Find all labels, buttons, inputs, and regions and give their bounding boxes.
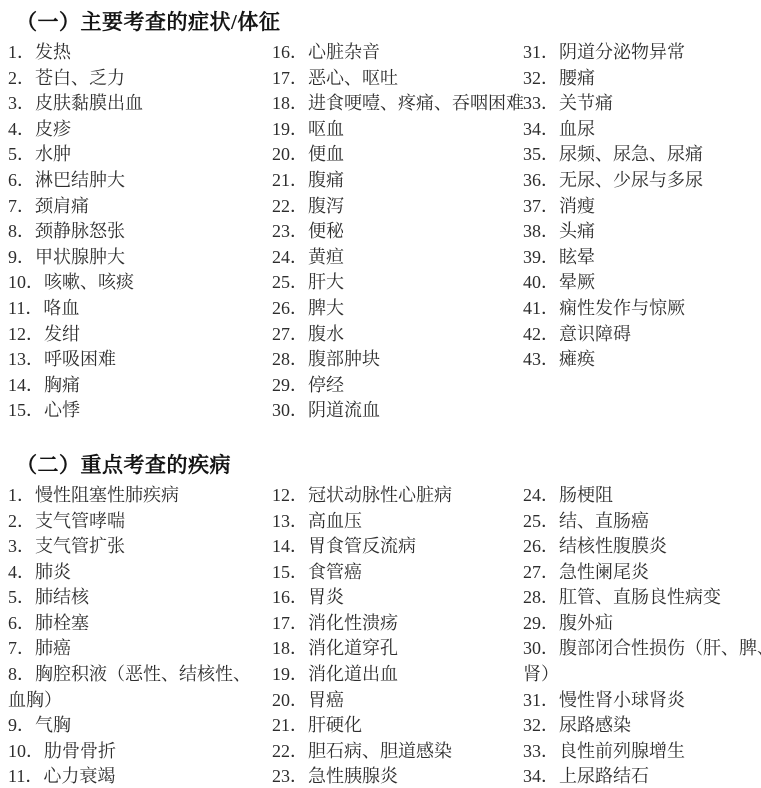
list-item: 28．肛管、直肠良性病变 xyxy=(523,585,761,611)
list-item: 19．呕血 xyxy=(272,117,523,143)
list-item: 32．腰痛 xyxy=(523,66,761,92)
list-item: 23．急性胰腺炎 xyxy=(272,764,523,788)
list-item: 9．气胸 xyxy=(8,713,272,739)
list-item: 18．消化道穿孔 xyxy=(272,636,523,662)
list-item: 31．慢性肾小球肾炎 xyxy=(523,688,761,714)
list-item: 36．无尿、少尿与多尿 xyxy=(523,168,761,194)
list-item: 14．胸痛 xyxy=(8,373,272,399)
list-item: 34．上尿路结石 xyxy=(523,764,761,788)
list-item: 41．痫性发作与惊厥 xyxy=(523,296,761,322)
list-item: 22．胆石病、胆道感染 xyxy=(272,739,523,765)
list-item: 6．肺栓塞 xyxy=(8,611,272,637)
list-item: 21．腹痛 xyxy=(272,168,523,194)
list-item: 27．腹水 xyxy=(272,322,523,348)
list-item: 14．胃食管反流病 xyxy=(272,534,523,560)
list-item: 24．黄疸 xyxy=(272,245,523,271)
list-item: 43．瘫痪 xyxy=(523,347,761,373)
list-item: 3．皮肤黏膜出血 xyxy=(8,91,272,117)
diseases-list-column-3: 24．肠梗阻25．结、直肠癌26．结核性腹膜炎27．急性阑尾炎28．肛管、直肠良… xyxy=(523,483,761,788)
list-item: 15．心悸 xyxy=(8,398,272,424)
list-item: 13．高血压 xyxy=(272,509,523,535)
list-item: 33．关节痛 xyxy=(523,91,761,117)
list-item: 5．水肿 xyxy=(8,142,272,168)
list-item: 13．呼吸困难 xyxy=(8,347,272,373)
diseases-columns: 1．慢性阻塞性肺疾病2．支气管哮喘3．支气管扩张4．肺炎5．肺结核6．肺栓塞7．… xyxy=(8,483,761,788)
list-item: 4．皮疹 xyxy=(8,117,272,143)
symptoms-columns: 1．发热2．苍白、乏力3．皮肤黏膜出血4．皮疹5．水肿6．淋巴结肿大7．颈肩痛8… xyxy=(8,40,761,424)
list-item: 9．甲状腺肿大 xyxy=(8,245,272,271)
list-item: 1．发热 xyxy=(8,40,272,66)
list-item: 3．支气管扩张 xyxy=(8,534,272,560)
list-item: 25．结、直肠癌 xyxy=(523,509,761,535)
list-item: 20．胃癌 xyxy=(272,688,523,714)
list-item: 24．肠梗阻 xyxy=(523,483,761,509)
list-item: 30．腹部闭合性损伤（肝、脾、 肾） xyxy=(523,636,761,687)
list-item: 4．肺炎 xyxy=(8,560,272,586)
list-item: 2．苍白、乏力 xyxy=(8,66,272,92)
list-item: 32．尿路感染 xyxy=(523,713,761,739)
section-symptoms: （一）主要考查的症状/体征 1．发热2．苍白、乏力3．皮肤黏膜出血4．皮疹5．水… xyxy=(8,8,761,424)
symptoms-list-column-3: 31．阴道分泌物异常32．腰痛33．关节痛34．血尿35．尿频、尿急、尿痛36．… xyxy=(523,40,761,373)
list-item: 20．便血 xyxy=(272,142,523,168)
list-item: 8．颈静脉怒张 xyxy=(8,219,272,245)
diseases-list-column-2: 12．冠状动脉性心脏病13．高血压14．胃食管反流病15．食管癌16．胃炎17．… xyxy=(272,483,523,788)
list-item: 7．颈肩痛 xyxy=(8,194,272,220)
list-item: 2．支气管哮喘 xyxy=(8,509,272,535)
diseases-list-column-1: 1．慢性阻塞性肺疾病2．支气管哮喘3．支气管扩张4．肺炎5．肺结核6．肺栓塞7．… xyxy=(8,483,272,788)
list-item: 19．消化道出血 xyxy=(272,662,523,688)
list-item: 33．良性前列腺增生 xyxy=(523,739,761,765)
section-diseases-title: （二）重点考查的疾病 xyxy=(16,451,761,479)
list-item: 23．便秘 xyxy=(272,219,523,245)
list-item: 22．腹泻 xyxy=(272,194,523,220)
list-item: 42．意识障碍 xyxy=(523,322,761,348)
list-item: 16．胃炎 xyxy=(272,585,523,611)
list-item: 29．停经 xyxy=(272,373,523,399)
list-item: 16．心脏杂音 xyxy=(272,40,523,66)
list-item: 7．肺癌 xyxy=(8,636,272,662)
list-item: 30．阴道流血 xyxy=(272,398,523,424)
list-item: 27．急性阑尾炎 xyxy=(523,560,761,586)
section-diseases: （二）重点考查的疾病 1．慢性阻塞性肺疾病2．支气管哮喘3．支气管扩张4．肺炎5… xyxy=(8,451,761,788)
list-item: 29．腹外疝 xyxy=(523,611,761,637)
list-item: 8．胸腔积液（恶性、结核性、 血胸） xyxy=(8,662,272,713)
list-item: 5．肺结核 xyxy=(8,585,272,611)
list-item: 1．慢性阻塞性肺疾病 xyxy=(8,483,272,509)
list-item: 38．头痛 xyxy=(523,219,761,245)
list-item: 17．恶心、呕吐 xyxy=(272,66,523,92)
list-item: 6．淋巴结肿大 xyxy=(8,168,272,194)
list-item: 12．冠状动脉性心脏病 xyxy=(272,483,523,509)
section-symptoms-title: （一）主要考查的症状/体征 xyxy=(16,8,761,36)
symptoms-list-column-2: 16．心脏杂音17．恶心、呕吐18．进食哽噎、疼痛、吞咽困难19．呕血20．便血… xyxy=(272,40,523,424)
list-item: 18．进食哽噎、疼痛、吞咽困难 xyxy=(272,91,523,117)
list-item: 10．肋骨骨折 xyxy=(8,739,272,765)
list-item: 37．消瘦 xyxy=(523,194,761,220)
list-item: 26．脾大 xyxy=(272,296,523,322)
list-item: 40．晕厥 xyxy=(523,270,761,296)
list-item: 11．心力衰竭 xyxy=(8,764,272,788)
list-item: 12．发绀 xyxy=(8,322,272,348)
list-item: 25．肝大 xyxy=(272,270,523,296)
document-page: （一）主要考查的症状/体征 1．发热2．苍白、乏力3．皮肤黏膜出血4．皮疹5．水… xyxy=(0,0,761,788)
list-item: 26．结核性腹膜炎 xyxy=(523,534,761,560)
list-item: 15．食管癌 xyxy=(272,560,523,586)
list-item: 11．咯血 xyxy=(8,296,272,322)
list-item: 35．尿频、尿急、尿痛 xyxy=(523,142,761,168)
list-item: 21．肝硬化 xyxy=(272,713,523,739)
list-item: 39．眩晕 xyxy=(523,245,761,271)
list-item: 10．咳嗽、咳痰 xyxy=(8,270,272,296)
list-item: 31．阴道分泌物异常 xyxy=(523,40,761,66)
list-item: 28．腹部肿块 xyxy=(272,347,523,373)
list-item: 34．血尿 xyxy=(523,117,761,143)
symptoms-list-column-1: 1．发热2．苍白、乏力3．皮肤黏膜出血4．皮疹5．水肿6．淋巴结肿大7．颈肩痛8… xyxy=(8,40,272,424)
list-item: 17．消化性溃疡 xyxy=(272,611,523,637)
